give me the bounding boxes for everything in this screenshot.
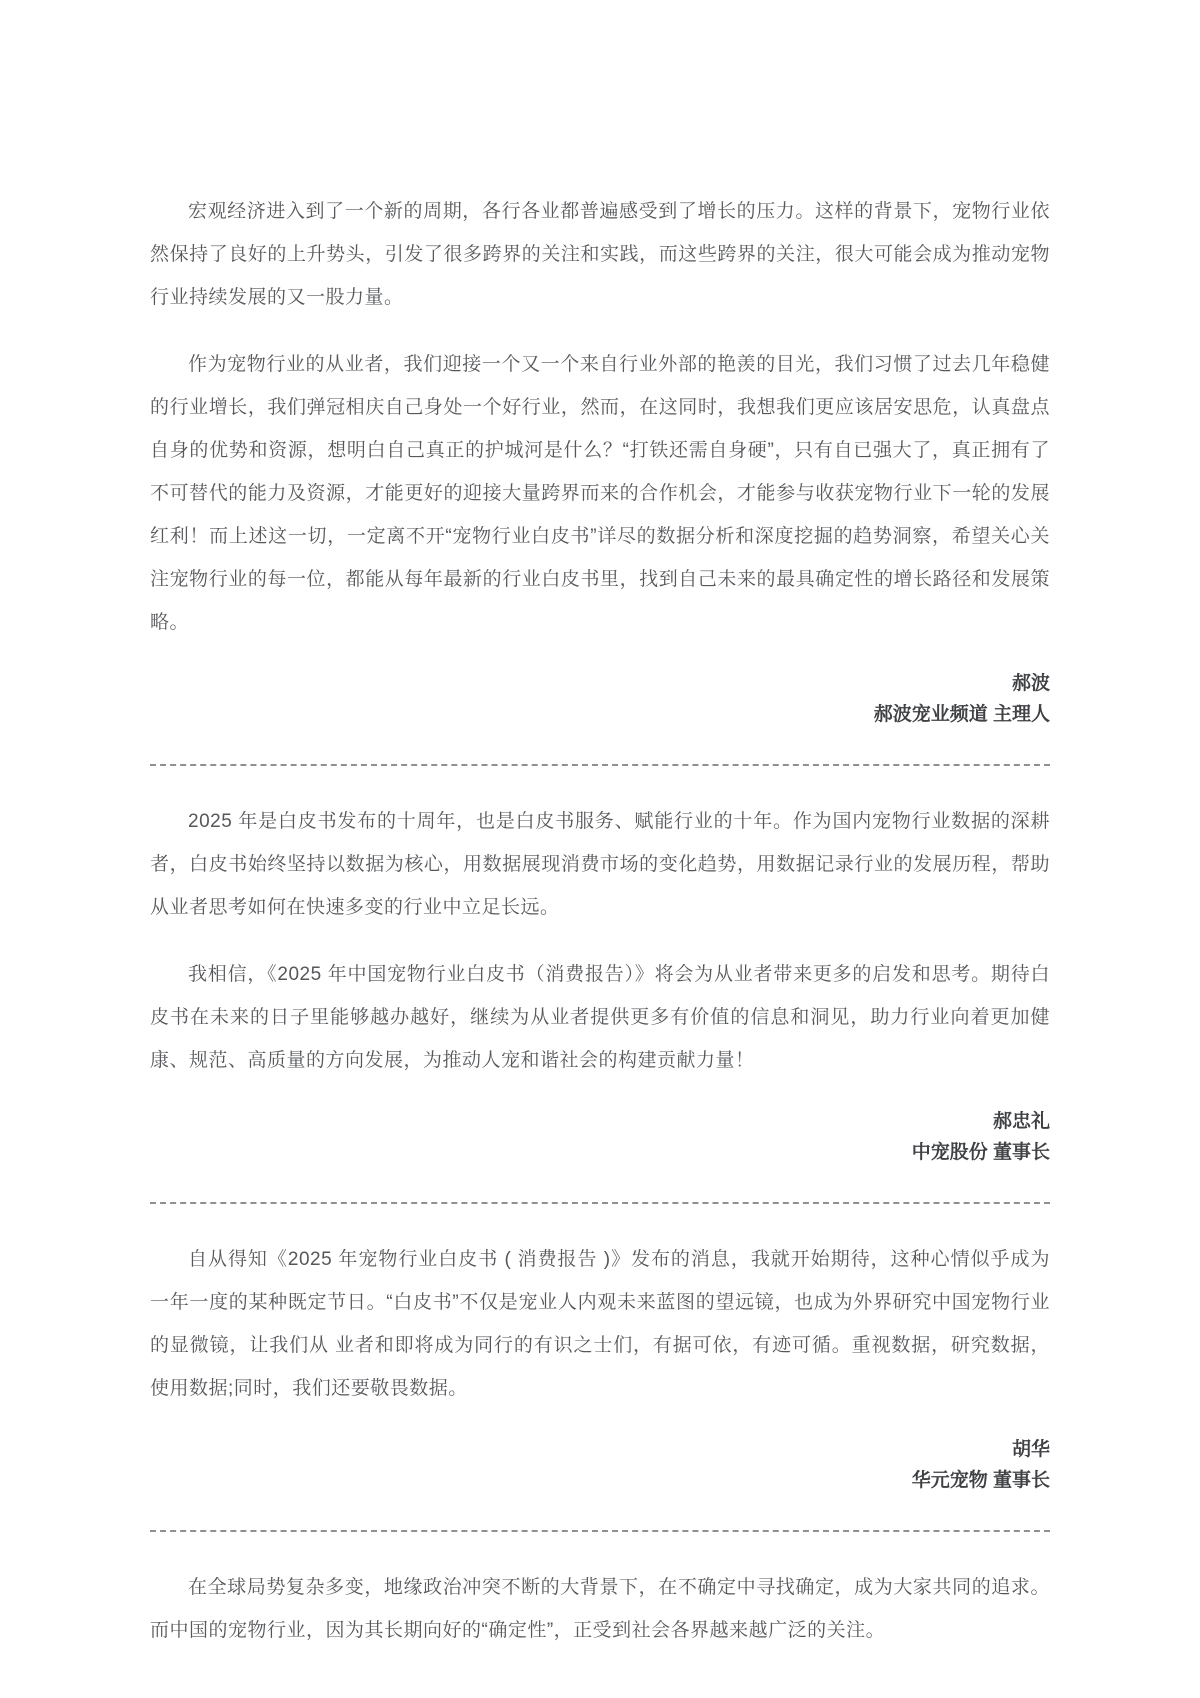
signature-title: 郝波宠业频道 主理人 [150, 699, 1050, 730]
dashed-separator [150, 764, 1050, 766]
testimonial-block: 宏观经济进入到了一个新的周期，各行各业都普遍感受到了增长的压力。这样的背景下，宠… [150, 190, 1050, 730]
testimonial-paragraph: 宏观经济进入到了一个新的周期，各行各业都普遍感受到了增长的压力。这样的背景下，宠… [150, 190, 1050, 319]
signature-title: 华元宠物 董事长 [150, 1465, 1050, 1496]
signature-title: 中宠股份 董事长 [150, 1137, 1050, 1168]
signature-name: 郝波 [150, 668, 1050, 699]
signature-name: 胡华 [150, 1434, 1050, 1465]
page-content: 宏观经济进入到了一个新的周期，各行各业都普遍感受到了增长的压力。这样的背景下，宠… [150, 190, 1050, 1652]
testimonial-paragraph: 2025 年是白皮书发布的十周年，也是白皮书服务、赋能行业的十年。作为国内宠物行… [150, 800, 1050, 929]
document-page: 宏观经济进入到了一个新的周期，各行各业都普遍感受到了增长的压力。这样的背景下，宠… [0, 0, 1200, 1698]
testimonial-block: 2025 年是白皮书发布的十周年，也是白皮书服务、赋能行业的十年。作为国内宠物行… [150, 800, 1050, 1168]
testimonial-block: 自从得知《2025 年宠物行业白皮书 ( 消费报告 )》发布的消息，我就开始期待… [150, 1238, 1050, 1496]
signature-block: 郝波 郝波宠业频道 主理人 [150, 668, 1050, 730]
testimonial-block: 在全球局势复杂多变，地缘政治冲突不断的大背景下，在不确定中寻找确定，成为大家共同… [150, 1566, 1050, 1652]
signature-block: 胡华 华元宠物 董事长 [150, 1434, 1050, 1496]
testimonial-paragraph: 我相信，《2025 年中国宠物行业白皮书（消费报告）》将会为从业者带来更多的启发… [150, 953, 1050, 1082]
testimonial-paragraph: 在全球局势复杂多变，地缘政治冲突不断的大背景下，在不确定中寻找确定，成为大家共同… [150, 1566, 1050, 1652]
dashed-separator [150, 1202, 1050, 1204]
testimonial-paragraph: 自从得知《2025 年宠物行业白皮书 ( 消费报告 )》发布的消息，我就开始期待… [150, 1238, 1050, 1410]
dashed-separator [150, 1530, 1050, 1532]
signature-block: 郝忠礼 中宠股份 董事长 [150, 1106, 1050, 1168]
testimonial-paragraph: 作为宠物行业的从业者，我们迎接一个又一个来自行业外部的艳羡的目光，我们习惯了过去… [150, 343, 1050, 644]
signature-name: 郝忠礼 [150, 1106, 1050, 1137]
